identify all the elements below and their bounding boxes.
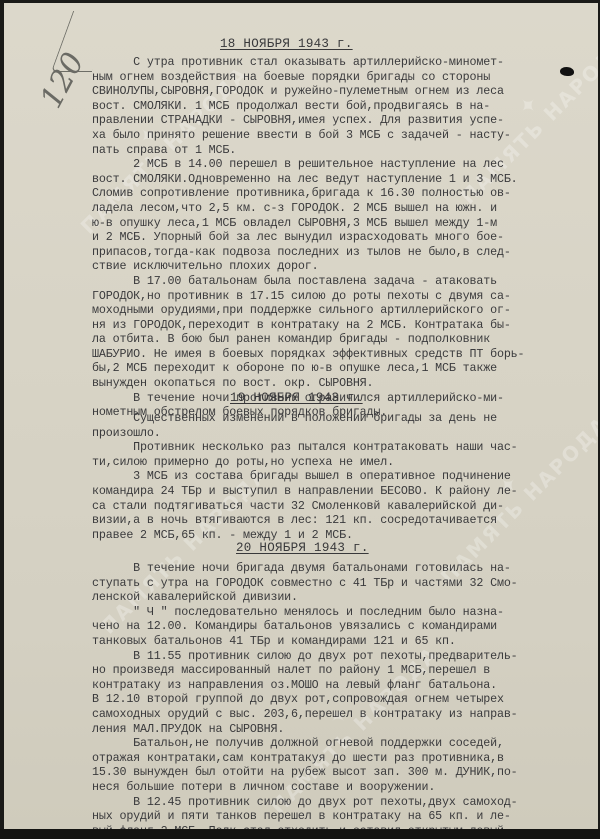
scan-bottom-edge <box>0 829 600 839</box>
document-page: ✦ПАМЯТЬ НАРОДА ✦ПАМЯТЬ НАРОДА ✦ПАМЯТЬ НА… <box>4 3 598 829</box>
text-line: ШАБУРИО. Не имея в боевых порядках эффек… <box>92 347 562 362</box>
section-body-nov20: В течение ночи бригада двумя батальонами… <box>92 561 562 829</box>
text-line: контратаку из направления оз.МОШО на лев… <box>92 678 562 693</box>
text-line: припасов,тогда-как подвоза последних из … <box>92 245 562 260</box>
text-line: Батальон,не получив должной огневой подд… <box>92 736 562 751</box>
text-line: са стали подтягиваться части 32 Смоленко… <box>92 499 562 514</box>
text-line: Существенных изменений в положении брига… <box>92 411 562 426</box>
text-line: В 17.00 батальонам была поставлена задач… <box>92 274 562 289</box>
text-line: ла отбита. В бою был ранен командир бриг… <box>92 332 562 347</box>
text-line: " Ч " последовательно менялось и последн… <box>92 605 562 620</box>
text-line: Сломив сопротивление противника,бригада … <box>92 186 562 201</box>
text-line: В 12.45 противник силою до двух рот пехо… <box>92 795 562 810</box>
section-heading-nov18: 18 НОЯБРЯ 1943 г. <box>220 37 353 51</box>
text-line: командира 24 ТБр и выступил в направлени… <box>92 484 562 499</box>
text-line: ладела лесом,что 2,5 км. с-з ГОРОДОК. 2 … <box>92 201 562 216</box>
section-heading-nov20: 20 НОЯБРЯ 1943 г. <box>236 541 369 555</box>
text-line: 15.30 вынужден был отойти на рубеж высот… <box>92 765 562 780</box>
text-line: но произведя массированный налет по райо… <box>92 663 562 678</box>
text-line: ленской кавалерийской дивизии. <box>92 590 562 605</box>
text-line: В 11.55 противник силою до двух рот пехо… <box>92 649 562 664</box>
text-line: ю-в опушку леса,1 МСБ овладел СЫРОВНЯ,3 … <box>92 216 562 231</box>
text-line: пать справа от 1 МСБ. <box>92 143 562 158</box>
section-body-nov18: С утра противник стал оказывать артиллер… <box>92 55 562 420</box>
text-line: вост. СМОЛЯКИ. 1 МСБ продолжал вести бой… <box>92 99 562 114</box>
text-line: С утра противник стал оказывать артиллер… <box>92 55 562 70</box>
text-line: самоходных орудий с выс. 203,6,перешел в… <box>92 707 562 722</box>
text-line: СВИНОЛУПЫ,СЫРОВНЯ,ГОРОДОК и ружейно-пуле… <box>92 84 562 99</box>
text-line: моходными орудиями,при поддержке сильног… <box>92 303 562 318</box>
text-line: отражая контратаки,сам контратакуя до ше… <box>92 751 562 766</box>
text-line: ня из ГОРОДОК,переходит в контратаку на … <box>92 318 562 333</box>
text-line: визии,а в ночь втягиваются в лес: 121 кп… <box>92 513 562 528</box>
text-line: ных орудий и пяти танков перешел в контр… <box>92 809 562 824</box>
text-line: ти,силою примерно до роты,но успеха не и… <box>92 455 562 470</box>
text-line: неся большие потери в личном составе и в… <box>92 780 562 795</box>
text-line: танковых батальонов 41 ТБр и командирами… <box>92 634 562 649</box>
text-line: В течение ночи бригада двумя батальонами… <box>92 561 562 576</box>
text-line: ГОРОДОК,но противник в 17.15 силою до ро… <box>92 289 562 304</box>
text-line: произошло. <box>92 426 562 441</box>
text-line: 2 МСБ в 14.00 перешел в решительное наст… <box>92 157 562 172</box>
text-line: ха было принято решение ввести в бой 3 М… <box>92 128 562 143</box>
text-line: вынужден окопаться по вост. окр. СЫРОВНЯ… <box>92 376 562 391</box>
text-line: 3 МСБ из состава бригады вышел в операти… <box>92 469 562 484</box>
punch-hole <box>560 67 574 76</box>
text-line: В 12.10 второй группой до двух рот,сопро… <box>92 692 562 707</box>
text-line: ступать с утра на ГОРОДОК совместно с 41… <box>92 576 562 591</box>
text-line: и 2 МСБ. Упорный бой за лес вынудил изра… <box>92 230 562 245</box>
text-line: правлении СТРАНАДКИ - СЫРОВНЯ,имея успех… <box>92 113 562 128</box>
text-line: вост. СМОЛЯКИ.Одновременно на лес ведут … <box>92 172 562 187</box>
text-line: ным огнем воздействия на боевые порядки … <box>92 70 562 85</box>
text-line: ствие исключительно плохих дорог. <box>92 259 562 274</box>
text-line: Противник несколько раз пытался контрата… <box>92 440 562 455</box>
text-line: чено на 12.00. Командиры батальонов увяз… <box>92 619 562 634</box>
text-line: ления МАЛ.ПРУДОК на СЫРОВНЯ. <box>92 722 562 737</box>
section-body-nov19: Существенных изменений в положении брига… <box>92 411 562 542</box>
text-line: бы,2 МСБ переходит к обороне по ю-в опуш… <box>92 361 562 376</box>
section-heading-nov19: 19 НОЯБРЯ 1943 г. <box>230 391 363 405</box>
